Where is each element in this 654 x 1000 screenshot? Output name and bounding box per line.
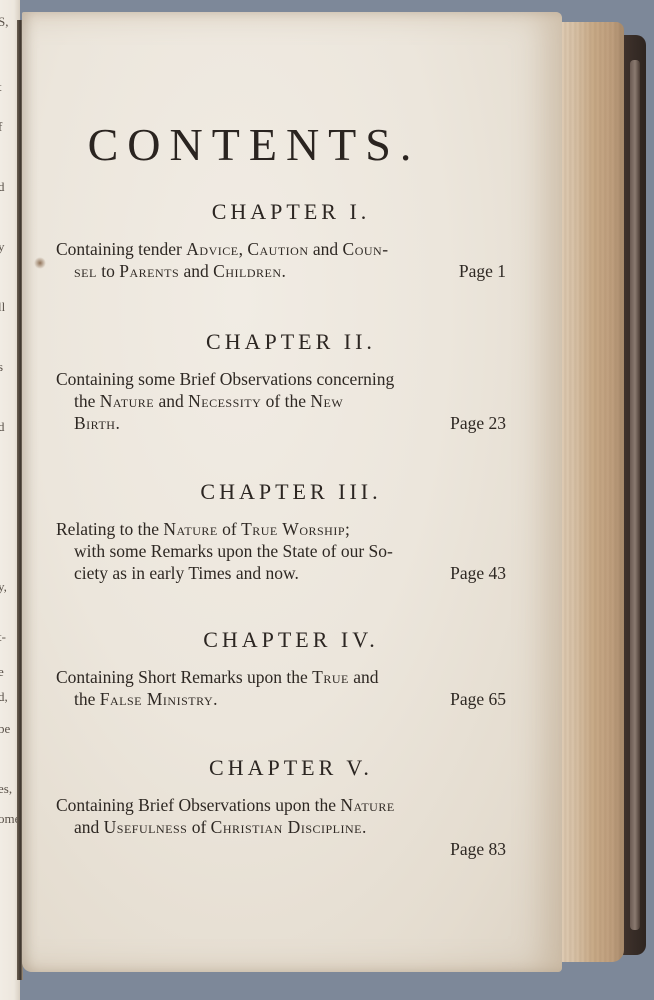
facing-text-fragment: t- (0, 630, 6, 643)
chapter-description: Containing some Brief Observations conce… (56, 368, 506, 434)
desc-smallcaps: Nature (340, 795, 394, 815)
page-number: Page 43 (450, 562, 506, 584)
desc-text: and (179, 261, 213, 281)
desc-text: Containing tender (56, 239, 186, 259)
desc-smallcaps: True Worship (241, 519, 345, 539)
page-number: Page 83 (450, 838, 506, 860)
desc-smallcaps: Caution (247, 239, 308, 259)
chapter-heading: CHAPTER IV. (56, 628, 506, 652)
desc-text: with some Remarks upon the State of our … (56, 540, 506, 562)
chapter-heading: CHAPTER V. (56, 756, 506, 780)
desc-text: ; (345, 519, 350, 539)
facing-text-fragment: ll (0, 300, 5, 313)
chapter-entry-5: CHAPTER V. Containing Brief Observations… (56, 756, 506, 860)
desc-smallcaps: Advice (186, 239, 238, 259)
chapter-heading: CHAPTER III. (56, 480, 506, 504)
desc-text: . (213, 689, 217, 709)
desc-smallcaps: Coun- (343, 239, 389, 259)
desc-text: of the (261, 391, 310, 411)
foxing-spot (34, 257, 46, 269)
desc-smallcaps: Parents (119, 261, 179, 281)
desc-text: to (97, 261, 119, 281)
chapter-entry-2: CHAPTER II. Containing some Brief Observ… (56, 330, 506, 434)
facing-text-fragment: be (0, 722, 10, 735)
desc-text: of (218, 519, 241, 539)
facing-text-fragment: y (0, 240, 5, 253)
desc-text: and (154, 391, 188, 411)
page-number: Page 23 (450, 412, 506, 434)
chapter-heading: CHAPTER I. (56, 200, 506, 224)
desc-text: ciety as in early Times and now. (74, 562, 299, 584)
desc-text: Containing some Brief Observations conce… (56, 368, 506, 390)
facing-text-fragment: d (0, 180, 5, 193)
desc-text: Relating to the (56, 519, 163, 539)
chapter-entry-1: CHAPTER I. Containing tender Advice, Cau… (56, 200, 506, 282)
chapter-entry-3: CHAPTER III. Relating to the Nature of T… (56, 480, 506, 584)
desc-smallcaps: Nature (163, 519, 217, 539)
desc-smallcaps: Children (213, 261, 281, 281)
page-number: Page 1 (459, 260, 506, 282)
desc-smallcaps: Usefulness (104, 817, 188, 837)
facing-text-fragment: e (0, 665, 4, 678)
desc-smallcaps: sel (74, 261, 97, 281)
facing-text-fragment: t (0, 80, 2, 93)
binding-edge (630, 60, 640, 930)
desc-smallcaps: Nature (100, 391, 154, 411)
desc-text: and (309, 239, 343, 259)
chapter-description: Containing Brief Observations upon the N… (56, 794, 506, 860)
desc-text: Containing Brief Observations upon the (56, 795, 340, 815)
contents-page: CONTENTS. CHAPTER I. Containing tender A… (22, 12, 562, 972)
facing-text-fragment: y, (0, 580, 7, 593)
desc-text: . (282, 261, 286, 281)
desc-smallcaps: False Ministry (100, 689, 213, 709)
chapter-heading: CHAPTER II. (56, 330, 506, 354)
desc-text: of (187, 817, 210, 837)
desc-smallcaps: True (312, 667, 349, 687)
facing-text-fragment: d, (0, 690, 8, 703)
page-title: CONTENTS. (34, 122, 474, 168)
facing-text-fragment: d (0, 420, 5, 433)
desc-text: the (74, 391, 100, 411)
chapter-description: Relating to the Nature of True Worship; … (56, 518, 506, 584)
desc-text: . (115, 413, 119, 433)
book-photo: S, t f d y ll s d y, t- e d, be es, ome … (0, 0, 654, 1000)
desc-text: . (362, 817, 366, 837)
desc-smallcaps: New (310, 391, 343, 411)
chapter-description: Containing tender Advice, Caution and Co… (56, 238, 506, 282)
desc-smallcaps: Birth (74, 413, 115, 433)
facing-text-fragment: es, (0, 782, 12, 795)
desc-text: and (349, 667, 379, 687)
desc-text: Containing Short Remarks upon the (56, 667, 312, 687)
desc-smallcaps: Necessity (188, 391, 261, 411)
chapter-entry-4: CHAPTER IV. Containing Short Remarks upo… (56, 628, 506, 710)
desc-text: the (74, 689, 100, 709)
facing-text-fragment: S, (0, 15, 8, 28)
desc-text: and (74, 817, 104, 837)
page-number: Page 65 (450, 688, 506, 710)
desc-smallcaps: Christian Discipline (211, 817, 362, 837)
chapter-description: Containing Short Remarks upon the True a… (56, 666, 506, 710)
facing-text-fragment: s (0, 360, 3, 373)
facing-text-fragment: f (0, 120, 2, 133)
